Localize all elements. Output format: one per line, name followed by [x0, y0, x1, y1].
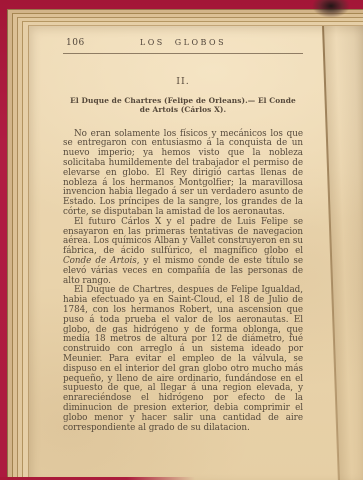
- page-content: 106 LOS GLOBOS II. El Duque de Chartres …: [63, 26, 303, 433]
- paragraph-2: El futuro Cárlos X y el padre de Luis Fe…: [63, 218, 303, 287]
- paragraph-3: El Duque de Chartres, despues de Felipe …: [63, 286, 303, 433]
- header-rule: [63, 53, 303, 54]
- chapter-number: II.: [63, 76, 303, 87]
- paragraph-2-text: El futuro Cárlos X y el padre de Luis Fe…: [63, 217, 303, 256]
- chapter-subtitle: El Duque de Chartres (Felipe de Orleans)…: [63, 97, 303, 115]
- paragraph-1: No eran solamente los físicos y mecánico…: [63, 130, 303, 218]
- page-header: 106 LOS GLOBOS: [63, 38, 303, 50]
- book-page: 106 LOS GLOBOS II. El Duque de Chartres …: [28, 25, 363, 480]
- balloon-name-italic: Conde de Artois: [63, 256, 137, 266]
- page-number: 106: [66, 38, 85, 48]
- running-title: LOS GLOBOS: [63, 38, 303, 47]
- book-cover: 106 LOS GLOBOS II. El Duque de Chartres …: [0, 0, 363, 480]
